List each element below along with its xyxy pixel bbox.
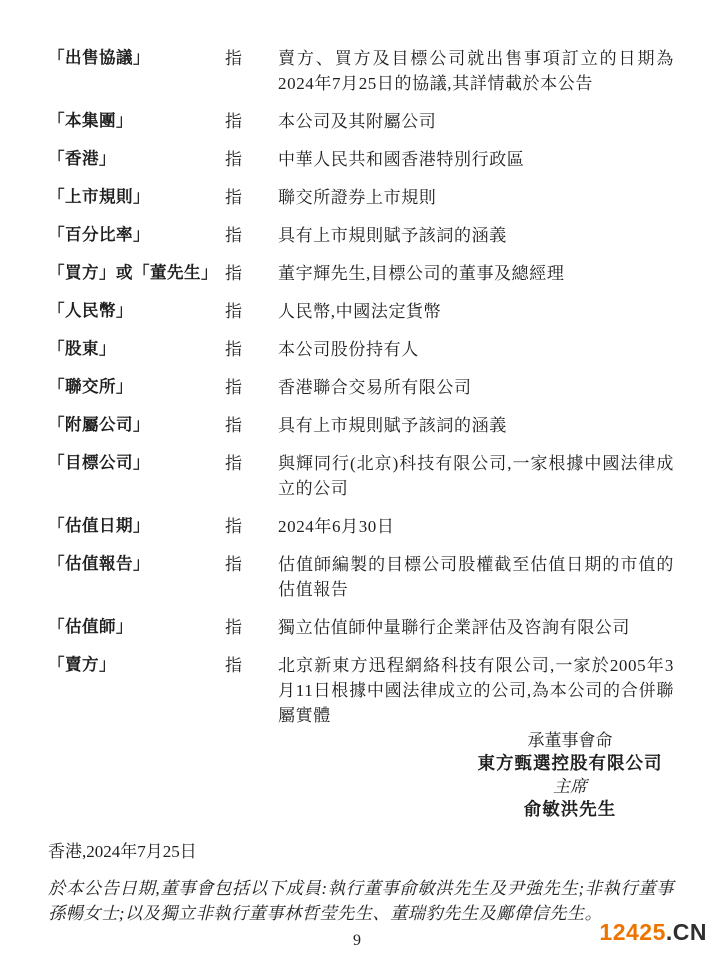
definition-term: 「百分比率」: [48, 223, 225, 248]
definition-text: 人民幣,中國法定貨幣: [278, 299, 674, 324]
definition-ref-word: 指: [225, 552, 278, 602]
watermark-suffix: .CN: [666, 919, 707, 945]
definition-term: 「附屬公司」: [48, 413, 225, 438]
definition-term: 「估值師」: [48, 615, 225, 640]
place-date-line: 香港,2024年7月25日: [48, 839, 197, 864]
definition-term: 「買方」或「董先生」: [48, 261, 225, 286]
definition-term: 「人民幣」: [48, 299, 225, 324]
definition-text: 聯交所證券上市規則: [278, 185, 674, 210]
definition-row: 「香港」指中華人民共和國香港特別行政區: [48, 147, 674, 172]
definition-row: 「股東」指本公司股份持有人: [48, 337, 674, 362]
document-page: 「出售協議」指賣方、買方及目標公司就出售事項訂立的日期為2024年7月25日的協…: [0, 0, 720, 959]
board-composition-note: 於本公告日期,董事會包括以下成員:執行董事俞敏洪先生及尹強先生;非執行董事孫暢女…: [48, 877, 674, 926]
definition-ref-word: 指: [225, 615, 278, 640]
definition-row: 「估值日期」指2024年6月30日: [48, 514, 674, 539]
chairman-title: 主席: [420, 775, 720, 798]
definition-row: 「目標公司」指與輝同行(北京)科技有限公司,一家根據中國法律成立的公司: [48, 451, 674, 501]
definition-term: 「股東」: [48, 337, 225, 362]
definition-text: 獨立估值師仲量聯行企業評估及咨詢有限公司: [278, 615, 674, 640]
definition-row: 「聯交所」指香港聯合交易所有限公司: [48, 375, 674, 400]
definition-text: 估值師編製的目標公司股權截至估值日期的市值的估值報告: [278, 552, 674, 602]
definition-ref-word: 指: [225, 653, 278, 728]
definition-text: 具有上市規則賦予該詞的涵義: [278, 413, 674, 438]
definition-text: 2024年6月30日: [278, 514, 674, 539]
definition-ref-word: 指: [225, 46, 278, 96]
definition-ref-word: 指: [225, 261, 278, 286]
definition-term: 「聯交所」: [48, 375, 225, 400]
definition-ref-word: 指: [225, 109, 278, 134]
definition-ref-word: 指: [225, 337, 278, 362]
definition-row: 「本集團」指本公司及其附屬公司: [48, 109, 674, 134]
definition-text: 本公司及其附屬公司: [278, 109, 674, 134]
definition-row: 「上市規則」指聯交所證券上市規則: [48, 185, 674, 210]
definition-ref-word: 指: [225, 147, 278, 172]
definition-ref-word: 指: [225, 375, 278, 400]
definition-term: 「出售協議」: [48, 46, 225, 96]
definition-row: 「附屬公司」指具有上市規則賦予該詞的涵義: [48, 413, 674, 438]
definition-text: 北京新東方迅程網絡科技有限公司,一家於2005年3月11日根據中國法律成立的公司…: [278, 653, 674, 728]
company-name: 東方甄選控股有限公司: [420, 752, 720, 775]
definition-ref-word: 指: [225, 223, 278, 248]
definition-row: 「買方」或「董先生」指董宇輝先生,目標公司的董事及總經理: [48, 261, 674, 286]
definition-row: 「人民幣」指人民幣,中國法定貨幣: [48, 299, 674, 324]
definition-ref-word: 指: [225, 299, 278, 324]
definition-row: 「出售協議」指賣方、買方及目標公司就出售事項訂立的日期為2024年7月25日的協…: [48, 46, 674, 96]
watermark: 12425.CN: [599, 919, 707, 945]
definition-term: 「本集團」: [48, 109, 225, 134]
definition-term: 「香港」: [48, 147, 225, 172]
signature-block: 承董事會命 東方甄選控股有限公司 主席 俞敏洪先生: [420, 729, 720, 821]
definition-text: 香港聯合交易所有限公司: [278, 375, 674, 400]
definition-ref-word: 指: [225, 413, 278, 438]
definition-term: 「賣方」: [48, 653, 225, 728]
definition-ref-word: 指: [225, 185, 278, 210]
definition-row: 「估值師」指獨立估值師仲量聯行企業評估及咨詢有限公司: [48, 615, 674, 640]
definition-row: 「百分比率」指具有上市規則賦予該詞的涵義: [48, 223, 674, 248]
definition-text: 中華人民共和國香港特別行政區: [278, 147, 674, 172]
definition-text: 賣方、買方及目標公司就出售事項訂立的日期為2024年7月25日的協議,其詳情載於…: [278, 46, 674, 96]
definition-term: 「估值日期」: [48, 514, 225, 539]
definition-text: 具有上市規則賦予該詞的涵義: [278, 223, 674, 248]
watermark-number: 12425: [599, 919, 665, 945]
definition-row: 「估值報告」指估值師編製的目標公司股權截至估值日期的市值的估值報告: [48, 552, 674, 602]
definitions-list: 「出售協議」指賣方、買方及目標公司就出售事項訂立的日期為2024年7月25日的協…: [48, 46, 674, 741]
by-order-of-board-line: 承董事會命: [420, 729, 720, 752]
chairman-name: 俞敏洪先生: [420, 798, 720, 821]
definition-text: 董宇輝先生,目標公司的董事及總經理: [278, 261, 674, 286]
definition-row: 「賣方」指北京新東方迅程網絡科技有限公司,一家於2005年3月11日根據中國法律…: [48, 653, 674, 728]
definition-text: 與輝同行(北京)科技有限公司,一家根據中國法律成立的公司: [278, 451, 674, 501]
definition-ref-word: 指: [225, 451, 278, 501]
definition-term: 「估值報告」: [48, 552, 225, 602]
definition-term: 「上市規則」: [48, 185, 225, 210]
definition-ref-word: 指: [225, 514, 278, 539]
definition-text: 本公司股份持有人: [278, 337, 674, 362]
definition-term: 「目標公司」: [48, 451, 225, 501]
